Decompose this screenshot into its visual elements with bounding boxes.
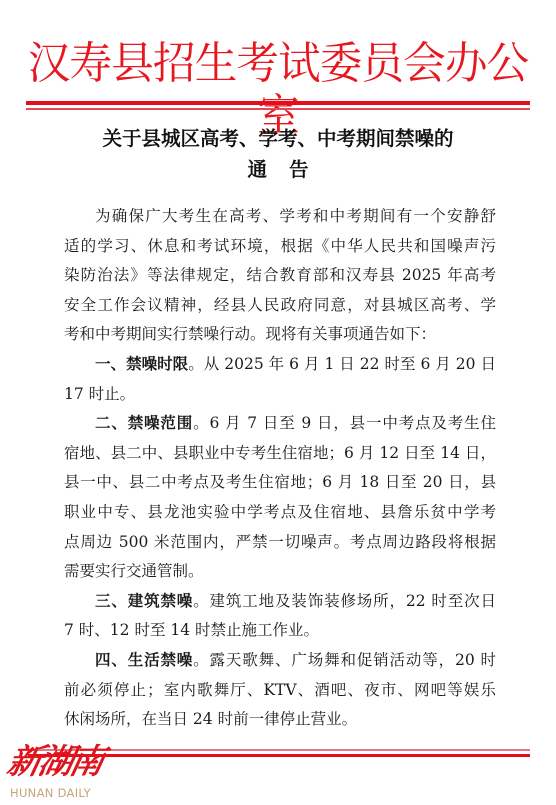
section-text: 。从 2025 年 6 月 1 日 22 时至 6 月 20 日 — [188, 355, 496, 373]
intro-line: 安全工作会议精神，经县人民政府同意，对县城区高考、学 — [64, 291, 496, 321]
section-line: 前必须停止；室内歌舞厅、KTV、酒吧、夜市、网吧等娱乐 — [64, 676, 496, 706]
section-line: 7 时、12 时至 14 时禁止施工作业。 — [64, 616, 496, 646]
section-line: 需要实行交通管制。 — [64, 557, 496, 587]
section-heading: 四、生活禁噪 — [95, 651, 193, 669]
section-heading: 三、建筑禁噪 — [95, 592, 193, 610]
section-line: 县一中、县二中考点及考生住宿地；6 月 18 日至 20 日，县 — [64, 468, 496, 498]
section-line: 休闲场所，在当日 24 时前一律停止营业。 — [64, 705, 496, 735]
section-first-line: 四、生活禁噪。露天歌舞、广场舞和促销活动等，20 时 — [64, 646, 496, 676]
section-line: 职业中专、县龙池实验中学考点及住宿地、县詹乐贫中学考 — [64, 498, 496, 528]
notice-body: 为确保广大考生在高考、学考和中考期间有一个安静舒 适的学习、休息和考试环境，根据… — [64, 202, 496, 735]
intro-line: 考和中考期间实行禁噪行动。现将有关事项通告如下： — [64, 320, 496, 350]
section-line: 点周边 500 米范围内，严禁一切噪声。考点周边路段将根据 — [64, 528, 496, 558]
notice-title-line1: 关于县城区高考、学考、中考期间禁噪的 — [0, 124, 556, 154]
footer-rule-thick — [28, 754, 530, 757]
section-scope: 二、禁噪范围。6 月 7 日至 9 日，县一中考点及考生住 宿地、县二中、县职业… — [64, 409, 496, 587]
section-text: 。露天歌舞、广场舞和促销活动等，20 时 — [193, 651, 496, 669]
section-construction: 三、建筑禁噪。建筑工地及装饰装修场所，22 时至次日 7 时、12 时至 14 … — [64, 587, 496, 646]
intro-line: 染防治法》等法律规定，结合教育部和汉寿县 2025 年高考 — [64, 261, 496, 291]
hunan-daily-logo-subtitle: HUNAN DAILY — [10, 786, 91, 800]
intro-paragraph: 为确保广大考生在高考、学考和中考期间有一个安静舒 适的学习、休息和考试环境，根据… — [64, 202, 496, 350]
section-text: 。建筑工地及装饰装修场所，22 时至次日 — [193, 592, 496, 610]
section-heading: 一、禁噪时限 — [95, 355, 188, 373]
section-first-line: 二、禁噪范围。6 月 7 日至 9 日，县一中考点及考生住 — [64, 409, 496, 439]
intro-line: 适的学习、休息和考试环境，根据《中华人民共和国噪声污 — [64, 232, 496, 262]
section-first-line: 一、禁噪时限。从 2025 年 6 月 1 日 22 时至 6 月 20 日 — [64, 350, 496, 380]
header-rule-thin — [26, 108, 530, 110]
intro-line: 为确保广大考生在高考、学考和中考期间有一个安静舒 — [64, 202, 496, 232]
header-rule-thick — [26, 101, 530, 105]
section-text: 。6 月 7 日至 9 日，县一中考点及考生住 — [193, 414, 496, 432]
notice-title-line2: 通告 — [0, 155, 556, 185]
section-line: 17 时止。 — [64, 380, 496, 410]
section-line: 宿地、县二中、县职业中专考生住宿地；6 月 12 日至 14 日， — [64, 439, 496, 469]
section-time-limit: 一、禁噪时限。从 2025 年 6 月 1 日 22 时至 6 月 20 日 1… — [64, 350, 496, 409]
hunan-daily-logo: 新湖南 — [4, 742, 106, 782]
section-heading: 二、禁噪范围 — [95, 414, 193, 432]
section-daily-life: 四、生活禁噪。露天歌舞、广场舞和促销活动等，20 时 前必须停止；室内歌舞厅、K… — [64, 646, 496, 735]
section-first-line: 三、建筑禁噪。建筑工地及装饰装修场所，22 时至次日 — [64, 587, 496, 617]
